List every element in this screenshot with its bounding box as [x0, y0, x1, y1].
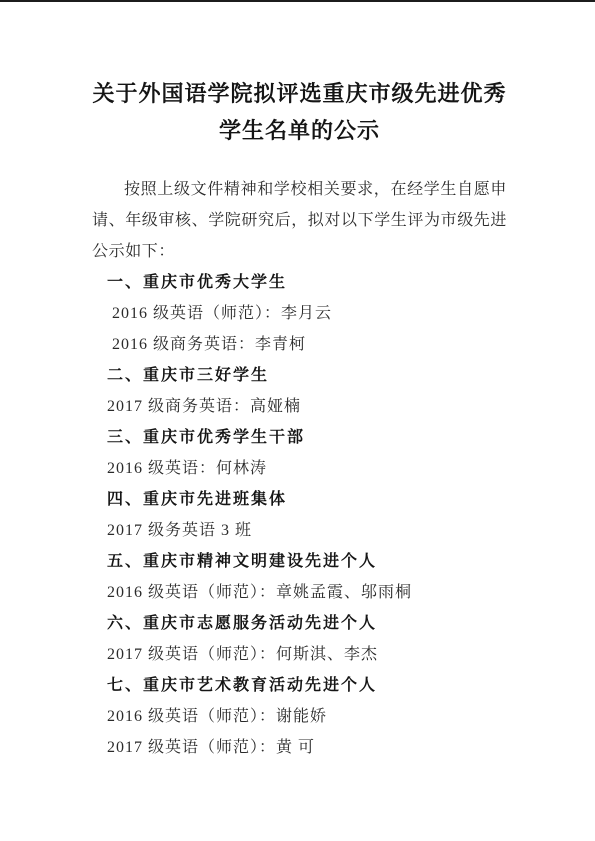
section-item: 2016 级英语（师范）：章姚孟霞、邬雨桐: [107, 577, 507, 608]
document-title-line-2: 学生名单的公示: [92, 112, 507, 149]
section-item: 2017 级英语（师范）：黄 可: [107, 732, 507, 763]
section-heading: 二、重庆市三好学生: [107, 360, 507, 391]
section-item: 2016 级商务英语：李青柯: [107, 329, 507, 360]
document-page: { "document": { "title_lines": [ "关于外国语学…: [0, 0, 595, 841]
page-top-border: [0, 0, 595, 2]
section-heading: 四、重庆市先进班集体: [107, 484, 507, 515]
section-heading: 一、重庆市优秀大学生: [107, 267, 507, 298]
section-item: 2017 级英语（师范）：何斯淇、李杰: [107, 639, 507, 670]
section-item: 2016 级英语（师范）：谢能娇: [107, 701, 507, 732]
section-item: 2017 级务英语 3 班: [107, 515, 507, 546]
section-item: 2017 级商务英语：高娅楠: [107, 391, 507, 422]
document-title: 关于外国语学院拟评选重庆市级先进优秀 学生名单的公示: [92, 75, 507, 149]
page-body: 关于外国语学院拟评选重庆市级先进优秀 学生名单的公示 按照上级文件精神和学校相关…: [0, 0, 595, 841]
intro-paragraph: 按照上级文件精神和学校相关要求，在经学生自愿申请、年级审核、学院研究后，拟对以下…: [92, 174, 507, 267]
section-heading: 六、重庆市志愿服务活动先进个人: [107, 608, 507, 639]
section-item: 2016 级英语：何林涛: [107, 453, 507, 484]
document-title-line-1: 关于外国语学院拟评选重庆市级先进优秀: [92, 75, 507, 112]
section-item: 2016 级英语（师范）：李月云: [107, 298, 507, 329]
section-heading: 五、重庆市精神文明建设先进个人: [107, 546, 507, 577]
section-heading: 七、重庆市艺术教育活动先进个人: [107, 670, 507, 701]
section-heading: 三、重庆市优秀学生干部: [107, 422, 507, 453]
sections-list: 一、重庆市优秀大学生 2016 级英语（师范）：李月云 2016 级商务英语：李…: [107, 267, 507, 763]
